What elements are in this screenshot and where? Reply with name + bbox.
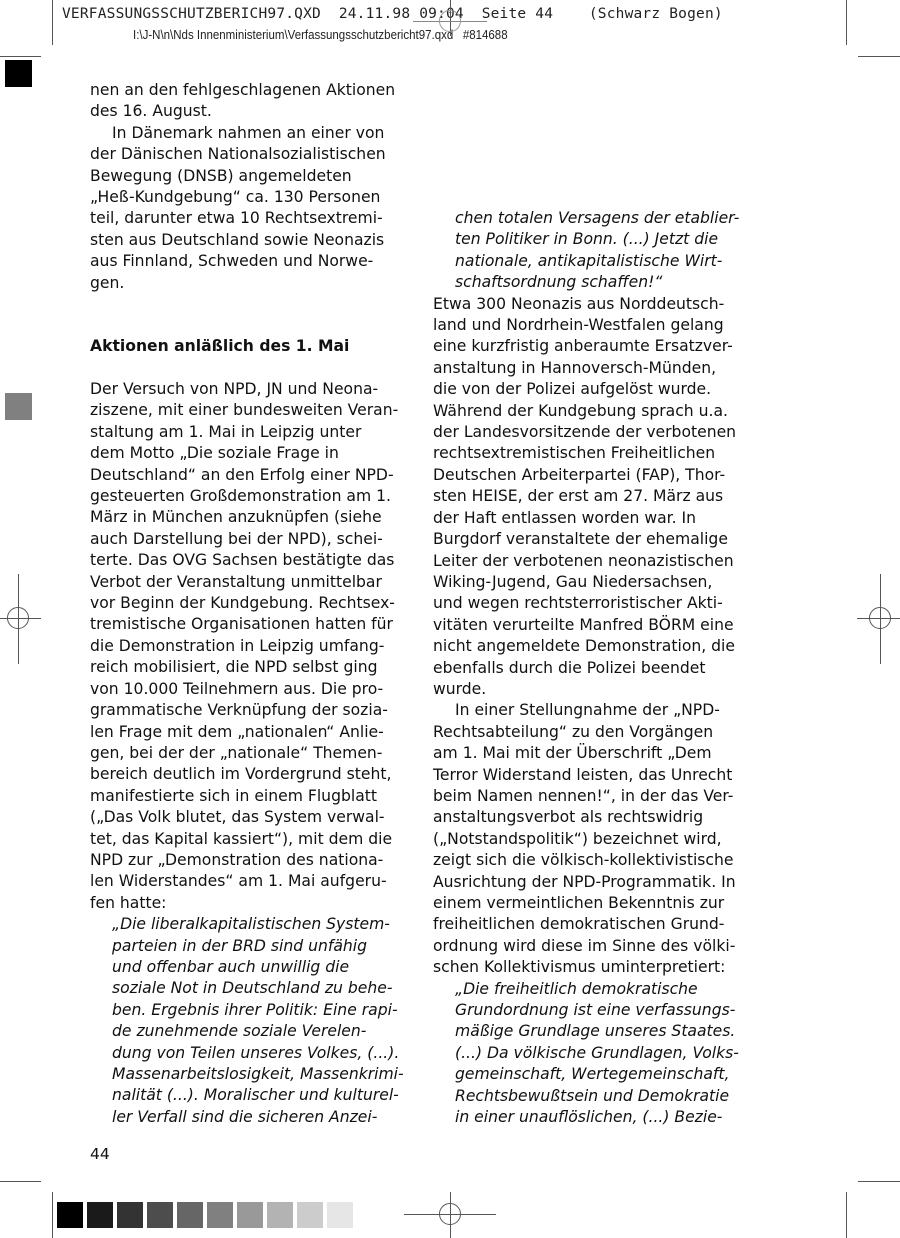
crop-mark-top-left-vertical	[52, 0, 53, 45]
text-line: der Landesvorsitzende der verbotenen	[433, 422, 753, 443]
text-line: der Dänischen Nationalsozialistischen	[90, 144, 410, 165]
text-line: des 16. August.	[90, 101, 410, 122]
crop-mark-top-right-horizontal	[858, 56, 900, 57]
text-line: gesteuerten Großdemonstration am 1.	[90, 486, 410, 507]
text-line: In Dänemark nahmen an einer von	[90, 123, 410, 144]
quote-line: nalität (...). Moralischer und kulturel-	[90, 1085, 410, 1106]
text-line: Deutschland“ an den Erfolg einer NPD-	[90, 465, 410, 486]
text-line: anstaltungsverbot als rechtswidrig	[433, 807, 753, 828]
text-line: Leiter der verbotenen neonazistischen	[433, 551, 753, 572]
text-line: sten aus Deutschland sowie Neonazis	[90, 230, 410, 251]
quote-line: ten Politiker in Bonn. (...) Jetzt die	[433, 229, 753, 250]
gray-scale-bar	[57, 1202, 353, 1228]
gray-swatch	[147, 1202, 173, 1228]
gray-swatch	[207, 1202, 233, 1228]
left-column: nen an den fehlgeschlagenen Aktionen des…	[90, 80, 410, 294]
text-line: („Notstandspolitik“) bezeichnet wird,	[433, 829, 753, 850]
text-line: und wegen rechtsterroristischer Akti-	[433, 593, 753, 614]
text-line: staltung am 1. Mai in Leipzig unter	[90, 422, 410, 443]
text-line: die von der Polizei aufgelöst wurde.	[433, 379, 753, 400]
text-line: fen hatte:	[90, 893, 410, 914]
text-line: rechtsextremistischen Freiheitlichen	[433, 443, 753, 464]
text-line: gen, bei der der „nationale“ Themen-	[90, 743, 410, 764]
quote-line: de zunehmende soziale Verelen-	[90, 1021, 410, 1042]
text-line: „Heß-Kundgebung“ ca. 130 Personen	[90, 187, 410, 208]
text-line: manifestierte sich in einem Flugblatt	[90, 786, 410, 807]
side-marker-gray	[5, 393, 32, 420]
text-line: vitäten verurteilte Manfred BÖRM eine	[433, 615, 753, 636]
quote-line: in einer unauflöslichen, (...) Bezie-	[433, 1107, 753, 1128]
text-line: sten HEISE, der erst am 27. März aus	[433, 486, 753, 507]
crop-mark-bottom-right-vertical	[846, 1192, 847, 1238]
gray-swatch	[177, 1202, 203, 1228]
crop-mark-bottom-right-horizontal	[858, 1181, 900, 1182]
left-column-body: Der Versuch von NPD, JN und Neona- zisze…	[90, 379, 410, 1128]
crop-mark-bottom-left-vertical	[52, 1192, 53, 1238]
section-heading: Aktionen anläßlich des 1. Mai	[90, 336, 410, 357]
quote-line: chen totalen Versagens der etablier-	[433, 208, 753, 229]
text-line: dem Motto „Die soziale Frage in	[90, 443, 410, 464]
text-line: Rechtsabteilung“ zu den Vorgängen	[433, 722, 753, 743]
text-line: wurde.	[433, 679, 753, 700]
quote-line: „Die liberalkapitalistischen System-	[90, 914, 410, 935]
quote-line: gemeinschaft, Wertegemeinschaft,	[433, 1064, 753, 1085]
text-line: land und Nordrhein-Westfalen gelang	[433, 315, 753, 336]
quote-line: soziale Not in Deutschland zu behe-	[90, 978, 410, 999]
text-line: aus Finnland, Schweden und Norwe-	[90, 251, 410, 272]
text-line: Deutschen Arbeiterpartei (FAP), Thor-	[433, 465, 753, 486]
crop-mark-top-left-horizontal	[0, 56, 41, 57]
text-line: vor Beginn der Kundgebung. Rechtsex-	[90, 593, 410, 614]
text-line: In einer Stellungnahme der „NPD-	[433, 700, 753, 721]
page-number: 44	[90, 1145, 110, 1163]
text-line: len Frage mit dem „nationalen“ Anlie-	[90, 722, 410, 743]
quote-line: „Die freiheitlich demokratische	[433, 979, 753, 1000]
text-line: tremistische Organisationen hatten für	[90, 614, 410, 635]
text-line: von 10.000 Teilnehmern aus. Die pro-	[90, 679, 410, 700]
quote-line: ler Verfall sind die sicheren Anzei-	[90, 1107, 410, 1128]
text-line: der Haft entlassen worden war. In	[433, 508, 753, 529]
text-line: nen an den fehlgeschlagenen Aktionen	[90, 80, 410, 101]
quote-line: und offenbar auch unwillig die	[90, 957, 410, 978]
gray-swatch	[327, 1202, 353, 1228]
text-line: eine kurzfristig anberaumte Ersatzver-	[433, 336, 753, 357]
text-line: tet, das Kapital kassiert“), mit dem die	[90, 829, 410, 850]
text-line: Etwa 300 Neonazis aus Norddeutsch-	[433, 294, 753, 315]
gray-swatch	[57, 1202, 83, 1228]
text-line: freiheitlichen demokratischen Grund-	[433, 914, 753, 935]
text-line: nicht angemeldete Demonstration, die	[433, 636, 753, 657]
gray-swatch	[267, 1202, 293, 1228]
text-line: reich mobilisiert, die NPD selbst ging	[90, 657, 410, 678]
text-line: anstaltung in Hannoversch-Münden,	[433, 358, 753, 379]
quote-line: Grundordnung ist eine verfassungs-	[433, 1000, 753, 1021]
text-line: gen.	[90, 273, 410, 294]
side-marker-black	[5, 60, 32, 87]
gray-swatch	[117, 1202, 143, 1228]
text-line: Ausrichtung der NPD-Programmatik. In	[433, 872, 753, 893]
quote-line: ben. Ergebnis ihrer Politik: Eine rapi-	[90, 1000, 410, 1021]
quote-line: Rechtsbewußtsein und Demokratie	[433, 1086, 753, 1107]
text-line: terte. Das OVG Sachsen bestätigte das	[90, 550, 410, 571]
text-line: Verbot der Veranstaltung unmittelbar	[90, 572, 410, 593]
text-line: am 1. Mai mit der Überschrift „Dem	[433, 743, 753, 764]
quote-line: dung von Teilen unseres Volkes, (...).	[90, 1043, 410, 1064]
text-line: auch Darstellung bei der NPD), schei-	[90, 529, 410, 550]
text-line: len Widerstandes“ am 1. Mai aufgeru-	[90, 871, 410, 892]
text-line: teil, darunter etwa 10 Rechtsextremi-	[90, 208, 410, 229]
text-line: („Das Volk blutet, das System verwal-	[90, 807, 410, 828]
quote-line: mäßige Grundlage unseres Staates.	[433, 1021, 753, 1042]
quote-line: schaftsordnung schaffen!“	[433, 272, 753, 293]
crop-mark-top-right-vertical	[846, 0, 847, 45]
quote-line: (...) Da völkische Grundlagen, Volks-	[433, 1043, 753, 1064]
gray-swatch	[297, 1202, 323, 1228]
text-line: Burgdorf veranstaltete der ehemalige	[433, 529, 753, 550]
text-line: ordnung wird diese im Sinne des völki-	[433, 936, 753, 957]
text-line: Bewegung (DNSB) angemeldeten	[90, 166, 410, 187]
gray-swatch	[237, 1202, 263, 1228]
text-line: Während der Kundgebung sprach u.a.	[433, 401, 753, 422]
text-line: bereich deutlich im Vordergrund steht,	[90, 764, 410, 785]
quote-line: nationale, antikapitalistische Wirt-	[433, 251, 753, 272]
text-line: beim Namen nennen!“, in der das Ver-	[433, 786, 753, 807]
quote-line: parteien in der BRD sind unfähig	[90, 936, 410, 957]
crop-mark-bottom-left-horizontal	[0, 1181, 41, 1182]
text-line: schen Kollektivismus uminterpretiert:	[433, 957, 753, 978]
quote-line: Massenarbeitslosigkeit, Massenkrimi-	[90, 1064, 410, 1085]
text-line: ziszene, mit einer bundesweiten Veran-	[90, 400, 410, 421]
text-line: Wiking-Jugend, Gau Niedersachsen,	[433, 572, 753, 593]
text-line: einem vermeintlichen Bekenntnis zur	[433, 893, 753, 914]
gray-swatch	[87, 1202, 113, 1228]
text-line: Der Versuch von NPD, JN und Neona-	[90, 379, 410, 400]
text-line: Terror Widerstand leisten, das Unrecht	[433, 765, 753, 786]
text-line: März in München anzuknüpfen (siehe	[90, 507, 410, 528]
text-line: NPD zur „Demonstration des nationa-	[90, 850, 410, 871]
text-line: grammatische Verknüpfung der sozia-	[90, 700, 410, 721]
file-slug-line: VERFASSUNGSSCHUTZBERICH97.QXD 24.11.98 0…	[62, 6, 723, 22]
text-line: zeigt sich die völkisch-kollektivistisch…	[433, 850, 753, 871]
text-line: die Demonstration in Leipzig umfang-	[90, 636, 410, 657]
right-column: chen totalen Versagens der etablier- ten…	[433, 208, 753, 1128]
text-line: ebenfalls durch die Polizei beendet	[433, 658, 753, 679]
